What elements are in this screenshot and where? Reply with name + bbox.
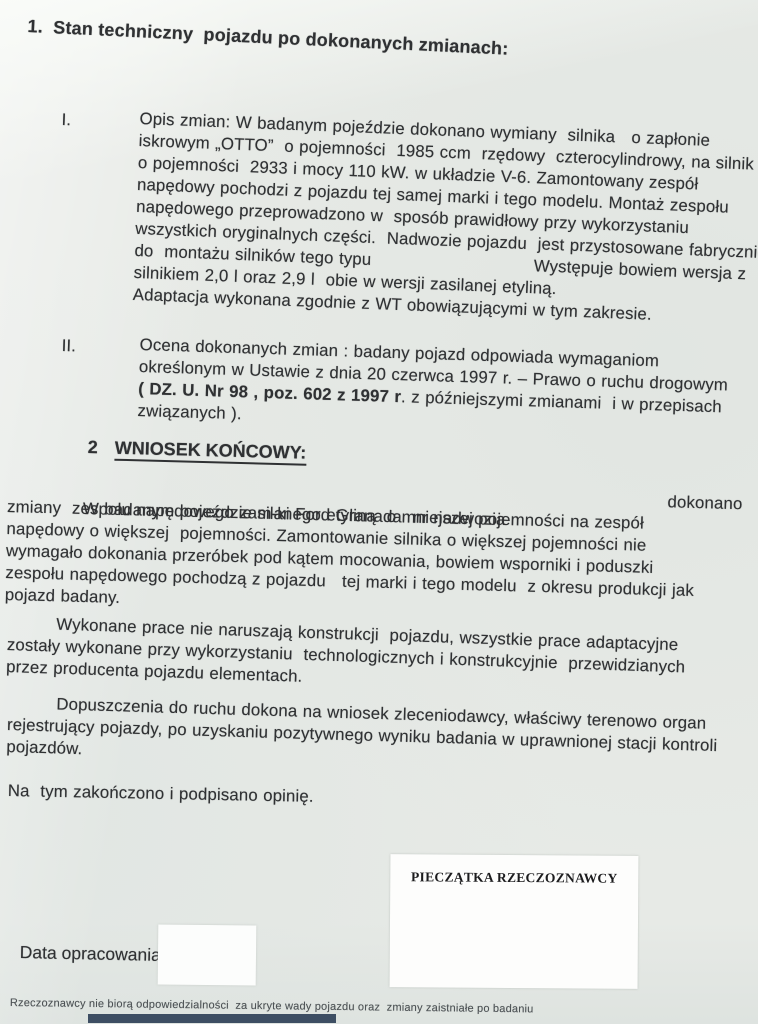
text-segment-right: dokonano [667, 491, 742, 515]
heading-underlined-text: WNIOSEK KOŃCOWY: [114, 438, 306, 466]
heading-wniosek-koncowy: 2WNIOSEK KOŃCOWY: [87, 437, 306, 464]
footer-disclaimer: Rzeczoznawcy nie biorą odpowiedzialności… [10, 997, 534, 1015]
heading-stan-techniczny: 1. Stan techniczny pojazdu po dokonanych… [27, 16, 509, 60]
heading-number: 2 [87, 437, 98, 457]
text-line-vehicle-id: W badanym pojeździe m-ki Ford Granada nr… [7, 474, 747, 515]
stamp-box: PIECZĄTKA RZECZOZNAWCY [390, 854, 639, 989]
paragraph-opis-zmian: Opis zmian: W badanym pojeździe dokonano… [132, 108, 751, 329]
paragraph-lines: Wykonane prace nie naruszają konstrukcji… [6, 612, 753, 703]
document-page: 1. Stan techniczny pojazdu po dokonanych… [0, 0, 758, 1024]
paragraph-wykonane-prace: Wykonane prace nie naruszają konstrukcji… [6, 612, 753, 703]
closing-statement: Na tym zakończono i podpisano opinię. [8, 780, 314, 808]
paragraph-lines: Dopuszczenia do ruchu dokona na wniosek … [6, 692, 756, 780]
roman-numeral-i: I. [61, 110, 71, 130]
paragraph-wniosek: W badanym pojeździe m-ki Ford Granada nr… [5, 474, 748, 625]
paragraph-ocena-zmian: Ocena dokonanych zmian : badany pojazd o… [137, 334, 744, 441]
bottom-redaction-bar [88, 1014, 336, 1023]
date-label: Data opracowania [20, 942, 161, 966]
paragraph-dopuszczenie: Dopuszczenia do ruchu dokona na wniosek … [6, 692, 756, 780]
paragraph-lines: Opis zmian: W badanym pojeździe dokonano… [135, 108, 752, 263]
date-redaction-box [158, 924, 257, 985]
stamp-label: PIECZĄTKA RZECZOZNAWCY [390, 869, 638, 887]
roman-numeral-ii: II. [61, 336, 76, 356]
